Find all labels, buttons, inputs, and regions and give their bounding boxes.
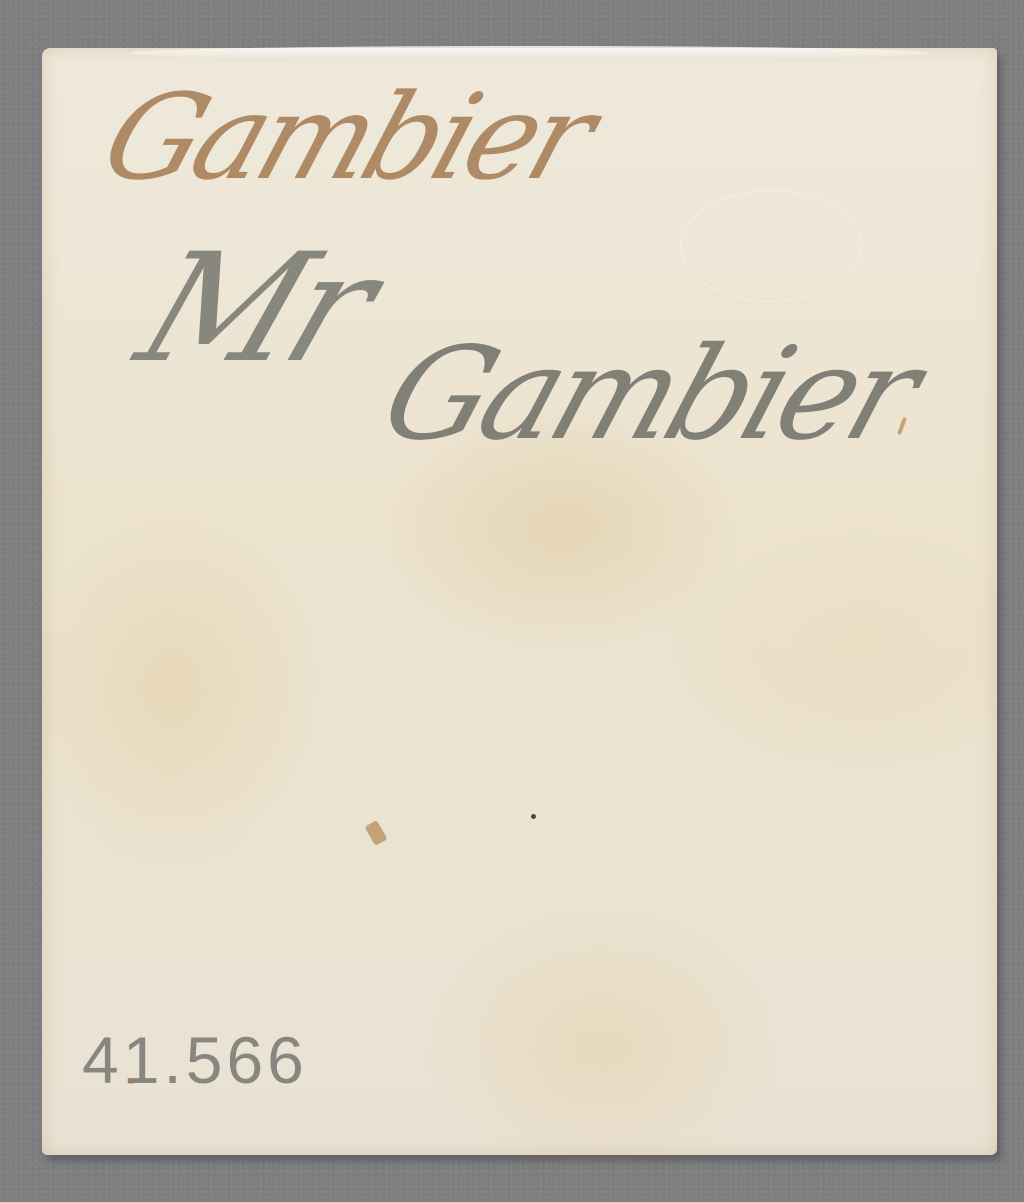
foxing-stain <box>128 1080 134 1084</box>
foxing-dot <box>531 814 536 819</box>
paper-card <box>42 48 997 1155</box>
embossed-watermark <box>680 190 862 302</box>
pencil-inscription-gambier: Gambier <box>366 320 932 469</box>
ink-inscription-gambier: Gambier <box>88 68 607 206</box>
torn-top-edge <box>130 46 930 60</box>
accession-number: 41.566 <box>82 1022 308 1098</box>
